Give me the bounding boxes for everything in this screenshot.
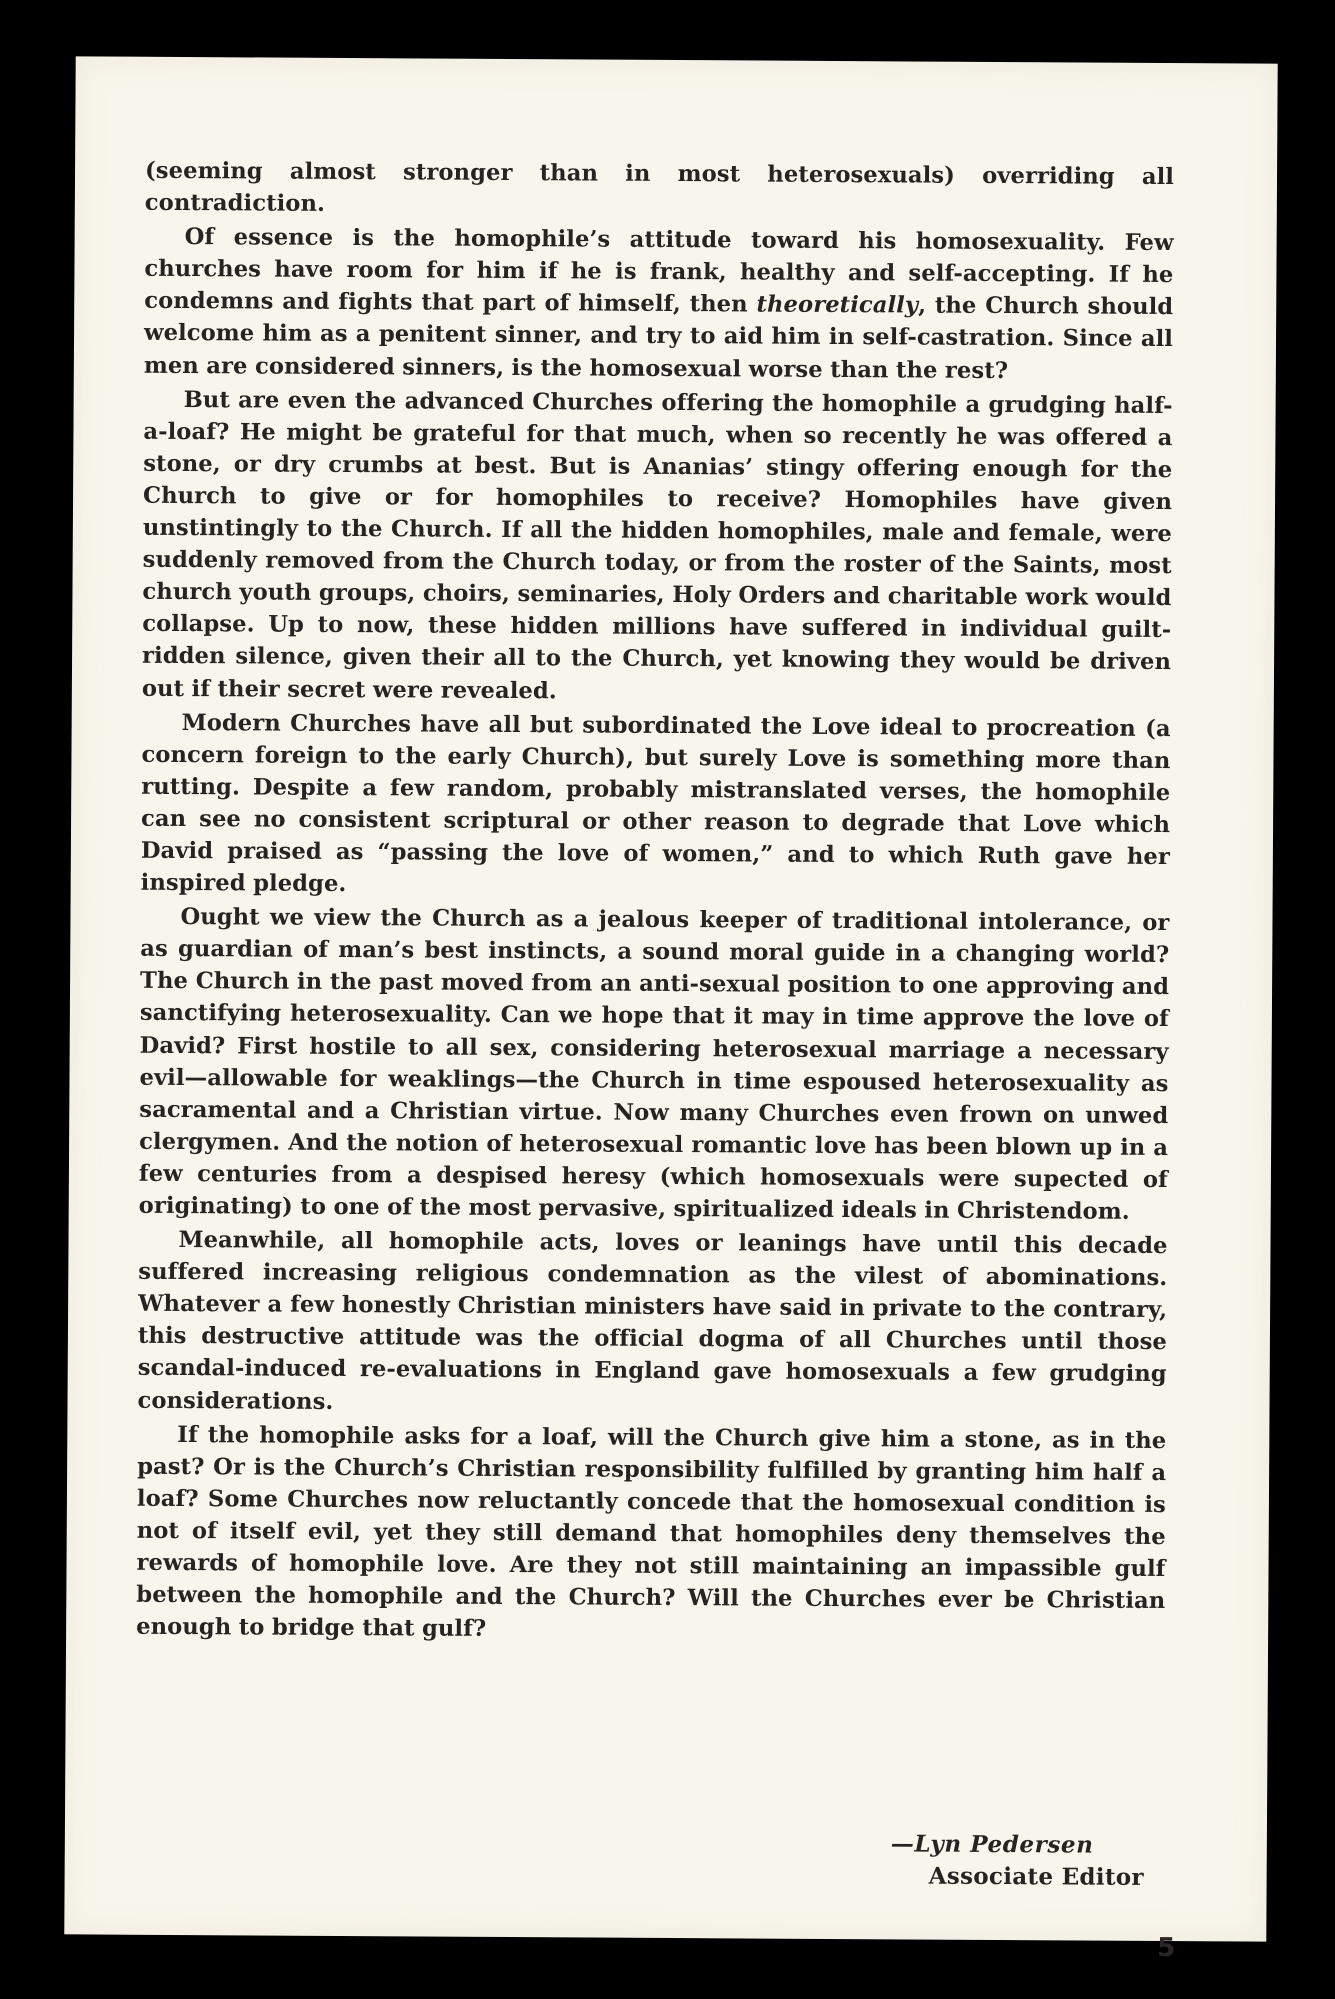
author-signature: —Lyn Pedersen Associate Editor xyxy=(891,1828,1145,1894)
paragraph-1: (seeming almost stronger than in most he… xyxy=(145,155,1174,225)
paragraph-text: (seeming almost stronger than in most he… xyxy=(145,158,1174,217)
paragraph-3: But are even the advanced Churches offer… xyxy=(142,383,1173,710)
article-body: (seeming almost stronger than in most he… xyxy=(136,155,1174,1650)
paragraph-6: Meanwhile, all homophile acts, loves or … xyxy=(137,1224,1167,1423)
author-title: Associate Editor xyxy=(891,1860,1144,1894)
paragraph-text: Meanwhile, all homophile acts, loves or … xyxy=(137,1227,1167,1414)
magazine-page: (seeming almost stronger than in most he… xyxy=(64,56,1277,1941)
paragraph-5: Ought we view the Church as a jealous ke… xyxy=(139,901,1170,1228)
paragraph-2: Of essence is the homophile’s attitude t… xyxy=(144,221,1174,388)
paragraph-text: Modern Churches have all but subordinate… xyxy=(141,710,1171,897)
page-number: 5 xyxy=(1157,1933,1175,1963)
paragraph-4: Modern Churches have all but subordinate… xyxy=(141,706,1171,905)
paragraph-text: Ought we view the Church as a jealous ke… xyxy=(139,904,1170,1225)
paragraph-text: If the homophile asks for a loaf, will t… xyxy=(136,1422,1166,1642)
emphasis-text: theoretically xyxy=(756,292,918,319)
paragraph-7: If the homophile asks for a loaf, will t… xyxy=(136,1418,1166,1649)
paragraph-text: But are even the advanced Churches offer… xyxy=(142,387,1173,704)
author-name: —Lyn Pedersen xyxy=(891,1828,1144,1862)
